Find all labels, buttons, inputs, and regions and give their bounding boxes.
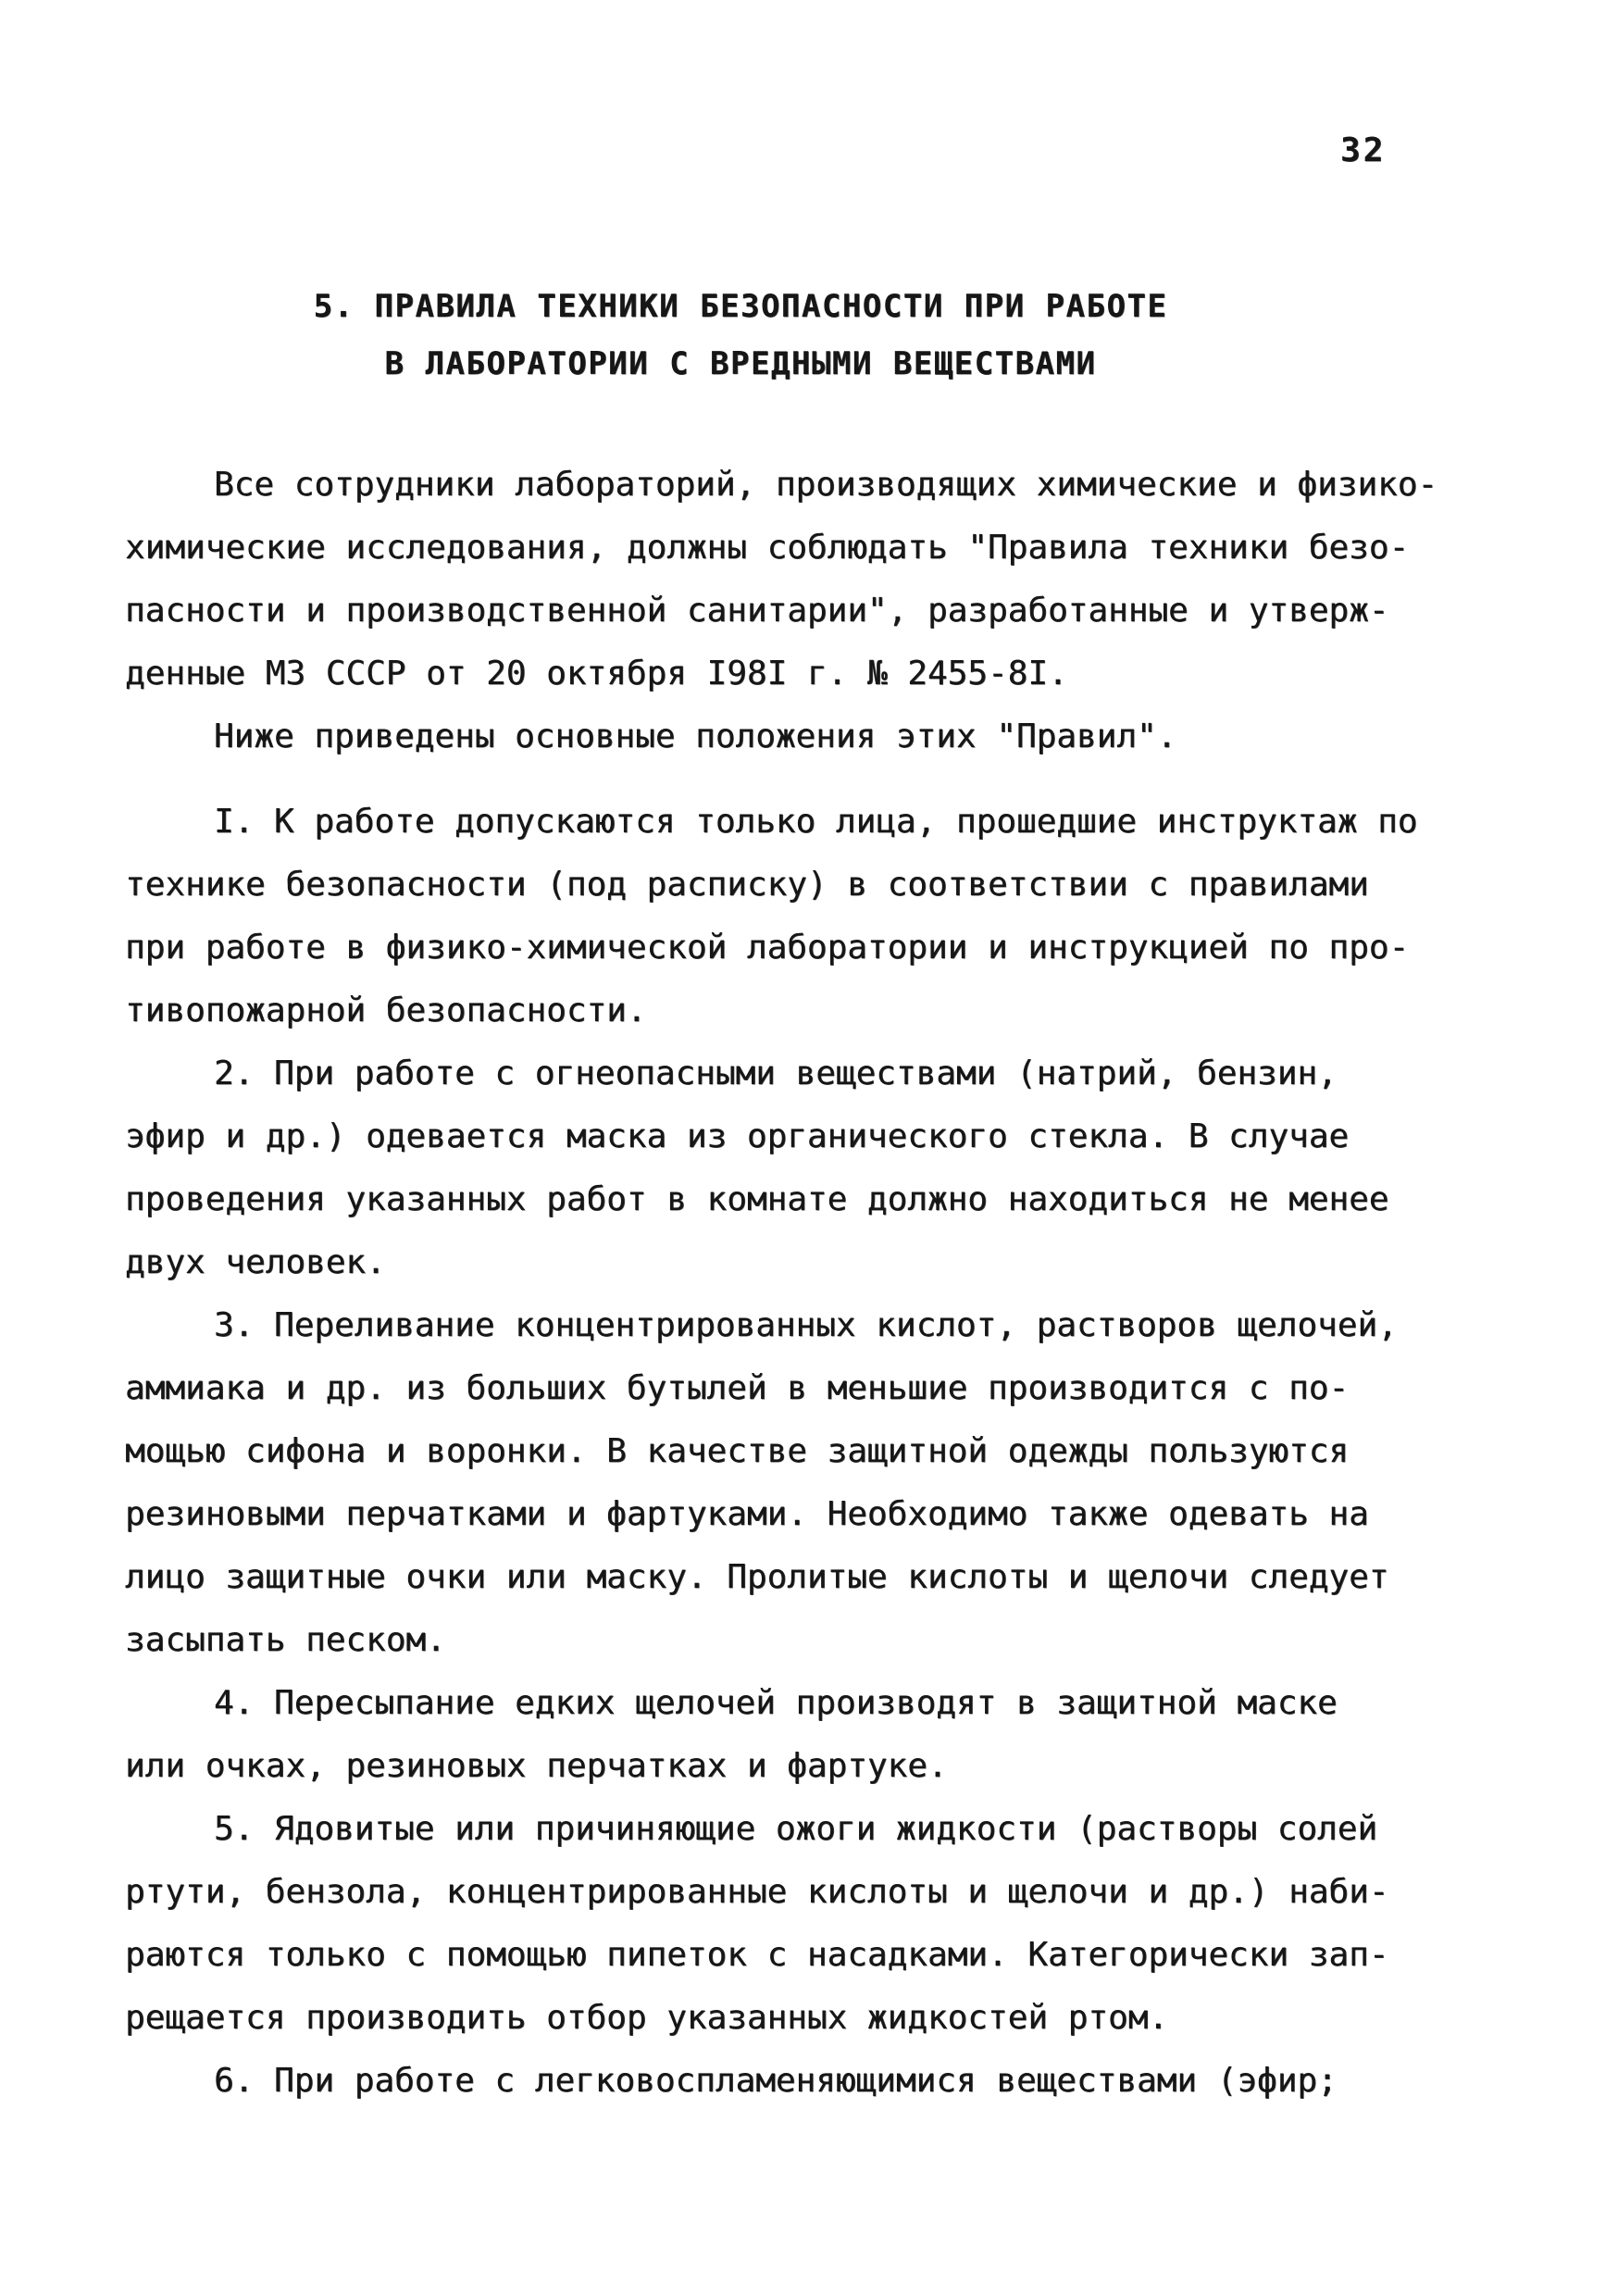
text-line: тивопожарной безопасности. bbox=[125, 980, 1532, 1042]
text-line: денные МЗ СССР от 20 октября I98I г. № 2… bbox=[125, 643, 1532, 705]
text-line: эфир и др.) одевается маска из органичес… bbox=[125, 1105, 1532, 1168]
text-line: Ниже приведены основные положения этих "… bbox=[125, 705, 1532, 768]
text-line: 5. Ядовитые или причиняющие ожоги жидкос… bbox=[125, 1798, 1532, 1861]
text-line: химические исследования, должны соблюдат… bbox=[125, 517, 1532, 580]
text-line: двух человек. bbox=[125, 1231, 1532, 1294]
text-line: раются только с помощью пипеток с насадк… bbox=[125, 1924, 1532, 1987]
text-line: лицо защитные очки или маску. Пролитые к… bbox=[125, 1546, 1532, 1609]
text-line: ртути, бензола, концентрированные кислот… bbox=[125, 1861, 1532, 1924]
text-line: Все сотрудники лабораторий, производящих… bbox=[125, 454, 1532, 517]
text-line: мощью сифона и воронки. В качестве защит… bbox=[125, 1420, 1532, 1483]
text-line: 4. Пересыпание едких щелочей производят … bbox=[125, 1672, 1532, 1735]
text-line: проведения указанных работ в комнате дол… bbox=[125, 1168, 1532, 1231]
text-line: рещается производить отбор указанных жид… bbox=[125, 1987, 1532, 2050]
text-line: I. К работе допускаются только лица, про… bbox=[125, 791, 1532, 854]
document-title: 5. ПРАВИЛА ТЕХНИКИ БЕЗОПАСНОСТИ ПРИ РАБО… bbox=[125, 278, 1356, 393]
text-line: засыпать песком. bbox=[125, 1609, 1532, 1672]
text-line: аммиака и др. из больших бутылей в меньш… bbox=[125, 1357, 1532, 1420]
scanned-document-page: 32 5. ПРАВИЛА ТЕХНИКИ БЕЗОПАСНОСТИ ПРИ Р… bbox=[0, 0, 1618, 2296]
text-line: 3. Переливание концентрированных кислот,… bbox=[125, 1294, 1532, 1357]
text-line: технике безопасности (под расписку) в со… bbox=[125, 854, 1532, 917]
document-title-line-1: 5. ПРАВИЛА ТЕХНИКИ БЕЗОПАСНОСТИ ПРИ РАБО… bbox=[125, 278, 1356, 335]
text-line: 6. При работе с легковоспламеняющимися в… bbox=[125, 2050, 1532, 2113]
page-number: 32 bbox=[1340, 131, 1386, 169]
text-line: при работе в физико-химической лаборатор… bbox=[125, 917, 1532, 980]
document-title-line-2: В ЛАБОРАТОРИИ С ВРЕДНЫМИ ВЕЩЕСТВАМИ bbox=[125, 335, 1356, 393]
text-line: резиновыми перчатками и фартуками. Необх… bbox=[125, 1483, 1532, 1546]
text-line: 2. При работе с огнеопасными веществами … bbox=[125, 1042, 1532, 1105]
text-lines: Все сотрудники лабораторий, производящих… bbox=[125, 454, 1532, 2113]
text-line: пасности и производственной санитарии", … bbox=[125, 580, 1532, 643]
text-line: или очках, резиновых перчатках и фартуке… bbox=[125, 1735, 1532, 1798]
